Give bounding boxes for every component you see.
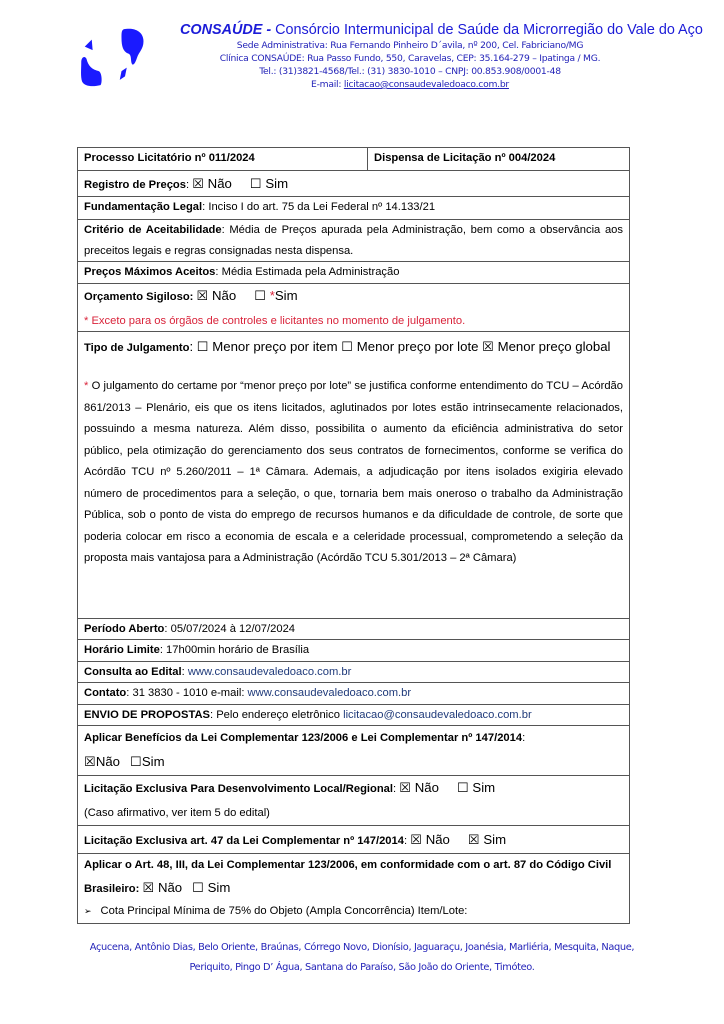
row-criterio: Critério de Aceitabilidade: Média de Pre… <box>78 220 629 262</box>
consaude-logo-icon <box>76 26 146 90</box>
procurement-table: Processo Licitatório nº 011/2024 Dispens… <box>77 147 630 924</box>
clinic-line: Clínica CONSAÚDE: Rua Passo Fundo, 550, … <box>180 52 640 65</box>
row-horario: Horário Limite: 17h00min horário de Bras… <box>78 640 629 662</box>
edital-link[interactable]: www.consaudevaledoaco.com.br <box>188 666 352 678</box>
beneficios-nao-checkbox[interactable]: ☒Não <box>84 754 120 769</box>
row-periodo: Período Aberto: 05/07/2024 à 12/07/2024 <box>78 619 629 640</box>
email-line: E-mail: licitacao@consaudevaledoaco.com.… <box>180 78 640 91</box>
exclusiva-local-nao-checkbox[interactable]: ☒ Não <box>399 780 439 795</box>
row-contato: Contato: 31 3830 - 1010 e-mail: www.cons… <box>78 683 629 705</box>
waiver-number: Dispensa de Licitação nº 004/2024 <box>374 152 555 164</box>
email-link[interactable]: licitacao@consaudevaledoaco.com.br <box>344 79 509 90</box>
orcamento-sim-checkbox[interactable]: ☐ *Sim <box>254 288 297 303</box>
footer-line-1: Açucena, Antônio Dias, Belo Oriente, Bra… <box>0 938 724 958</box>
row-consulta: Consulta ao Edital: www.consaudevaledoac… <box>78 662 629 683</box>
beneficios-sim-checkbox[interactable]: ☐Sim <box>130 754 165 769</box>
org-title: CONSAÚDE - Consórcio Intermunicipal de S… <box>180 22 640 39</box>
letterhead: CONSAÚDE - Consórcio Intermunicipal de S… <box>180 22 640 91</box>
registro-sim-checkbox[interactable]: ☐ Sim <box>250 176 288 191</box>
phone-line: Tel.: (31)3821-4568/Tel.: (31) 3830-1010… <box>180 65 640 78</box>
process-number: Processo Licitatório nº 011/2024 <box>84 152 255 164</box>
footer-line-2: Periquito, Pingo D’ Água, Santana do Par… <box>0 958 724 978</box>
arrow-bullet-icon: ➢ <box>84 907 92 917</box>
row-process: Processo Licitatório nº 011/2024 Dispens… <box>78 148 629 171</box>
julgamento-justification: * O julgamento do certame por “menor pre… <box>84 376 623 570</box>
cota-item: ➢Cota Principal Mínima de 75% do Objeto … <box>84 900 623 924</box>
row-orcamento: Orçamento Sigiloso: ☒ Não☐ *Sim * Exceto… <box>78 284 629 332</box>
row-registro: Registro de Preços: ☒ Não☐ Sim <box>78 171 629 197</box>
exclusiva-local-sim-checkbox[interactable]: ☐ Sim <box>457 780 495 795</box>
row-envio: ENVIO DE PROPOSTAS: Pelo endereço eletrô… <box>78 705 629 726</box>
row-exclusiva-47: Licitação Exclusiva art. 47 da Lei Compl… <box>78 826 629 854</box>
envio-email-link[interactable]: licitacao@consaudevaledoaco.com.br <box>343 709 532 721</box>
row-beneficios: Aplicar Benefícios da Lei Complementar 1… <box>78 726 629 776</box>
row-exclusiva-local: Licitação Exclusiva Para Desenvolvimento… <box>78 776 629 826</box>
art48-nao-checkbox[interactable]: ☒ Não <box>142 880 182 895</box>
municipalities-footer: Açucena, Antônio Dias, Belo Oriente, Bra… <box>0 938 724 978</box>
exclusiva-47-nao-checkbox[interactable]: ☒ Não <box>410 832 450 847</box>
exclusiva-local-note: (Caso afirmativo, ver item 5 do edital) <box>84 801 623 825</box>
row-fundamentacao: Fundamentação Legal: Inciso I do art. 75… <box>78 197 629 220</box>
registro-nao-checkbox[interactable]: ☒ Não <box>192 176 232 191</box>
row-precos: Preços Máximos Aceitos: Média Estimada p… <box>78 262 629 284</box>
exclusiva-47-sim-checkbox[interactable]: ☒ Sim <box>468 832 506 847</box>
orcamento-nao-checkbox[interactable]: ☒ Não <box>197 288 237 303</box>
orcamento-note: * Exceto para os órgãos de controles e l… <box>84 309 623 333</box>
row-julgamento: Tipo de Julgamento: ☐ Menor preço por it… <box>78 332 629 619</box>
address-line: Sede Administrativa: Rua Fernando Pinhei… <box>180 39 640 52</box>
contato-link[interactable]: www.consaudevaledoaco.com.br <box>248 687 412 699</box>
julgamento-options[interactable]: : ☐ Menor preço por item ☐ Menor preço p… <box>189 339 610 354</box>
art48-sim-checkbox[interactable]: ☐ Sim <box>192 880 230 895</box>
row-art48: Aplicar o Art. 48, III, da Lei Complemen… <box>78 854 629 923</box>
